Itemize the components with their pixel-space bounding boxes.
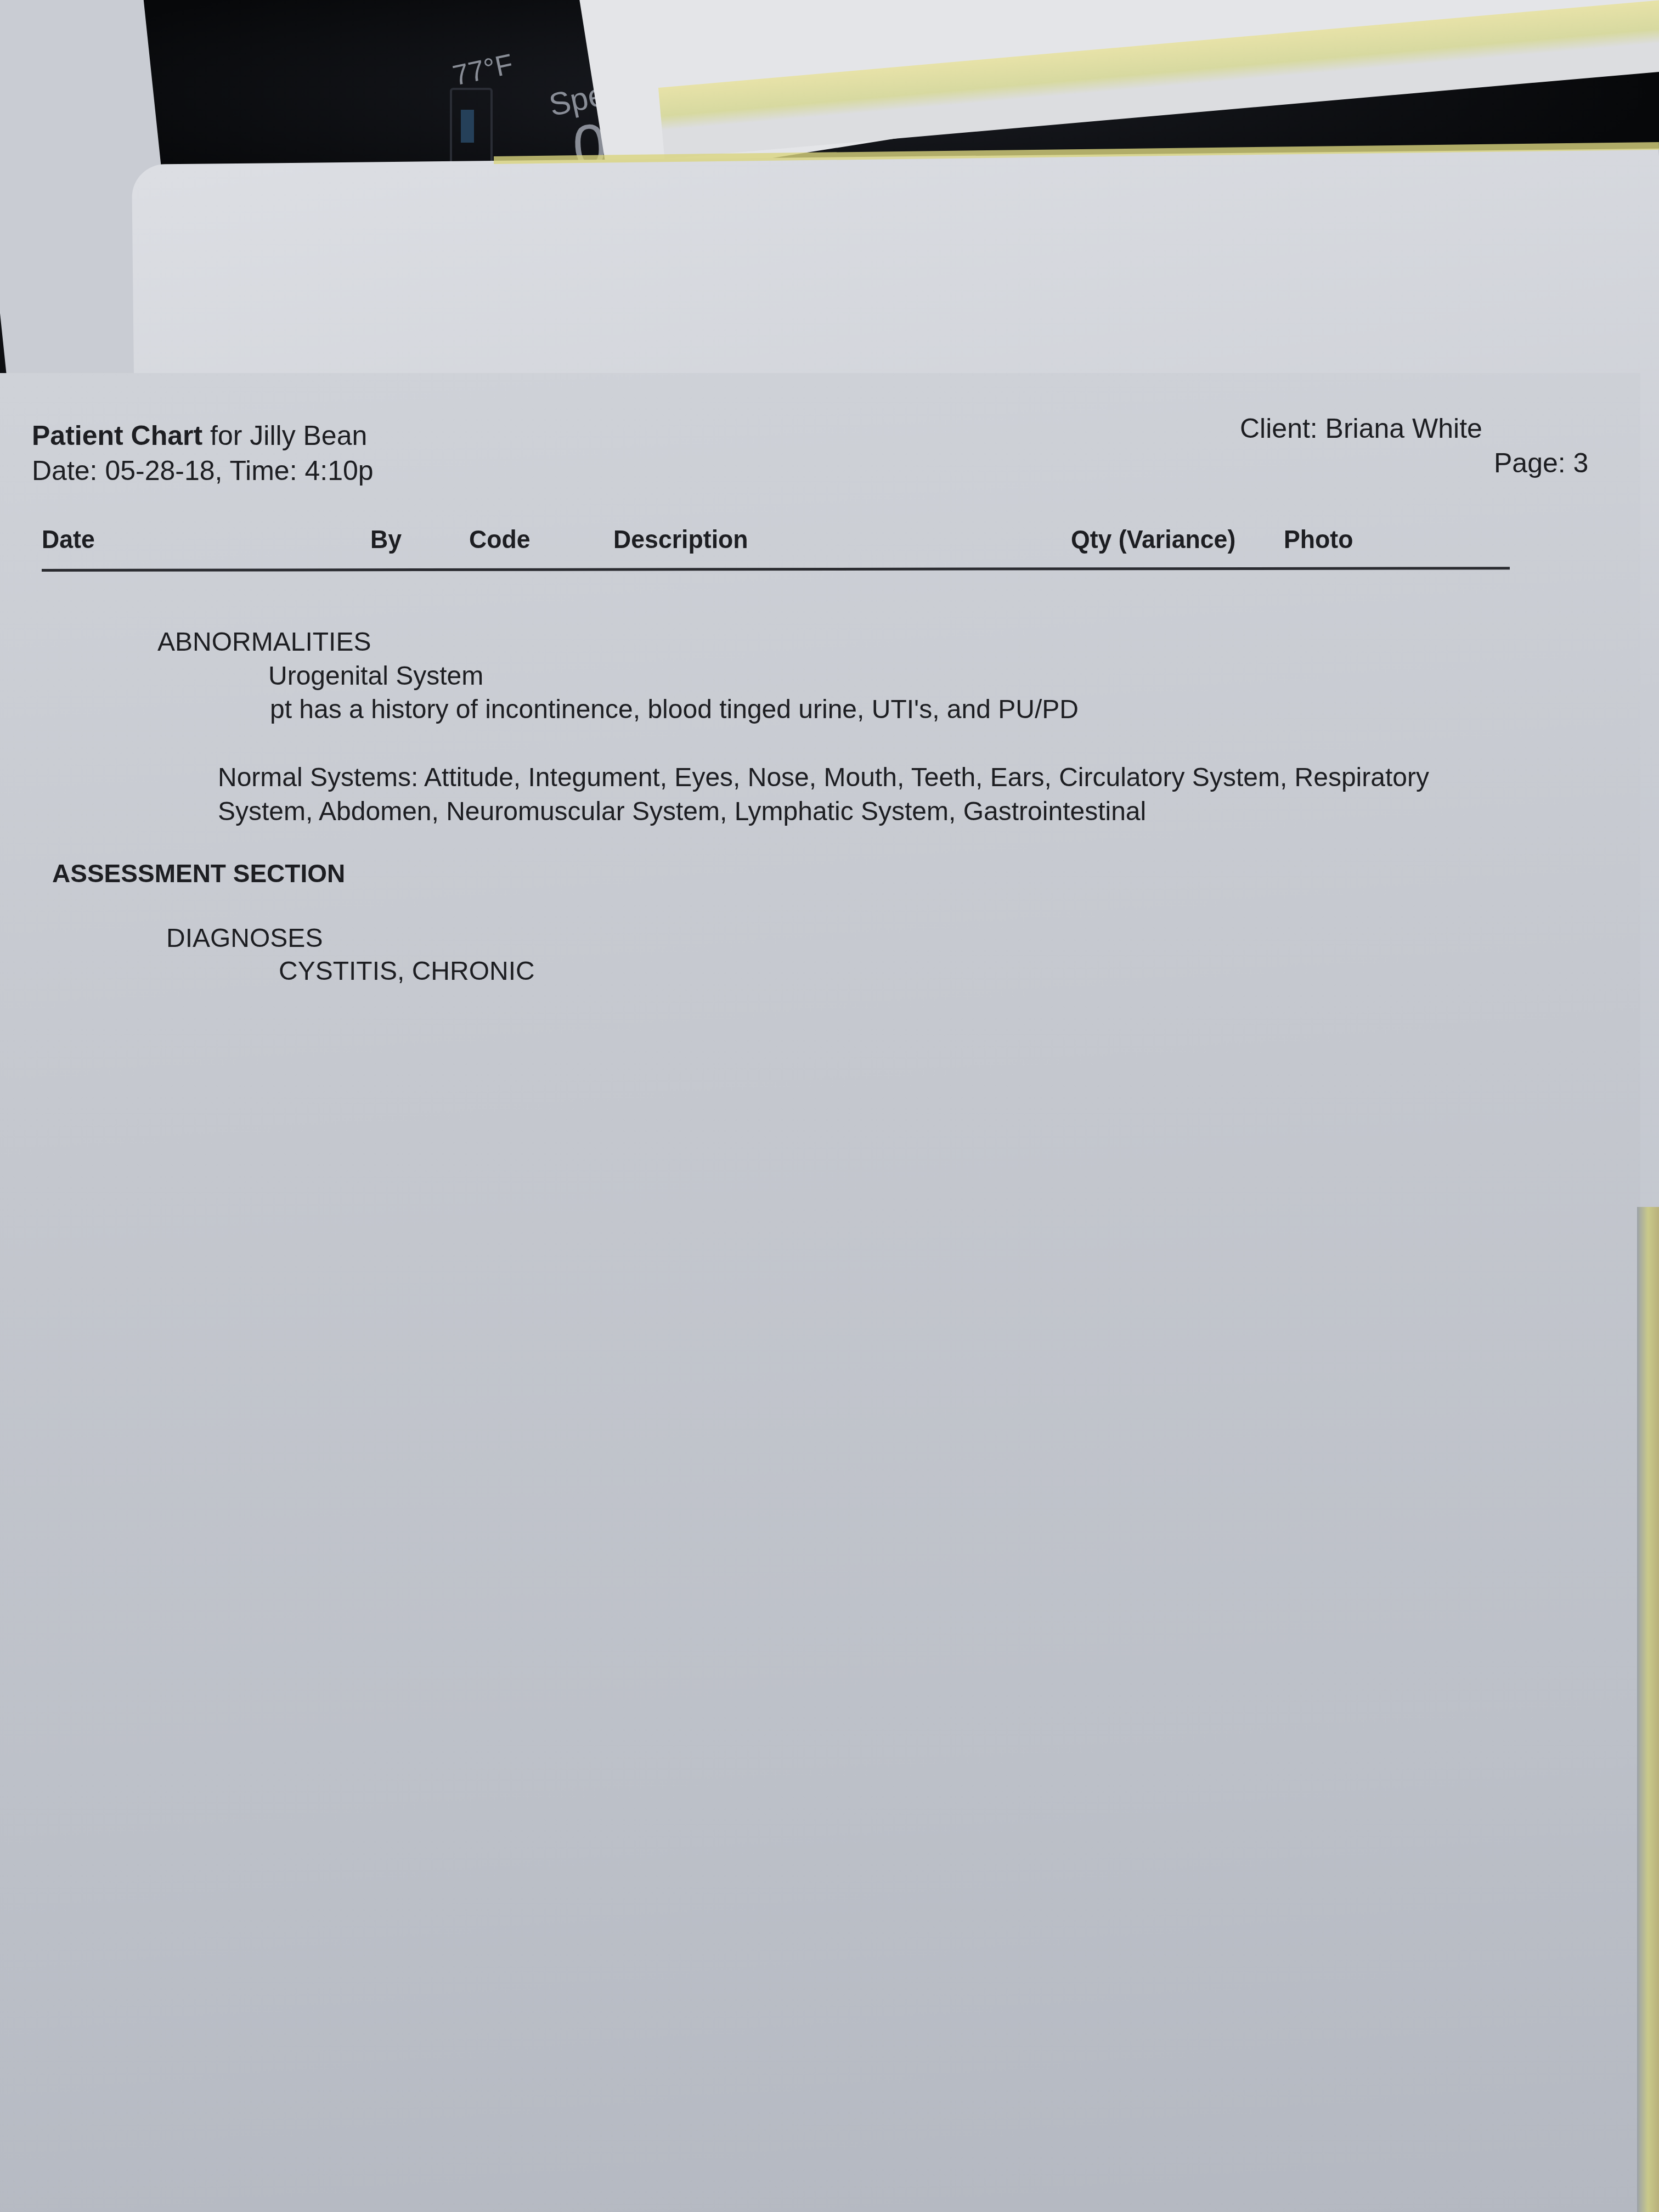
chart-header-left: Patient Chart for Jilly Bean Date: 05-28…: [32, 418, 374, 488]
patient-chart-document: Patient Chart for Jilly Bean Date: 05-28…: [0, 0, 1659, 2212]
column-header-photo: Photo: [1284, 524, 1353, 554]
client-name: Client: Briana White: [1240, 413, 1482, 444]
page-number: Page: 3: [1494, 447, 1588, 479]
abnormalities-heading: ABNORMALITIES: [157, 627, 371, 657]
abnormality-system: Urogenital System: [268, 661, 483, 691]
chart-title-bold: Patient Chart: [32, 420, 202, 451]
column-header-code: Code: [469, 524, 531, 554]
assessment-section-heading: ASSESSMENT SECTION: [52, 859, 345, 888]
column-header-description: Description: [613, 524, 748, 554]
column-header-date: Date: [42, 524, 95, 554]
diagnosis-item: CYSTITIS, CHRONIC: [279, 956, 535, 986]
chart-title: Patient Chart for Jilly Bean: [32, 418, 374, 453]
normal-systems: Normal Systems: Attitude, Integument, Ey…: [218, 761, 1523, 829]
column-header-by: By: [370, 524, 402, 554]
chart-title-patient: for Jilly Bean: [202, 420, 367, 451]
abnormality-note: pt has a history of incontinence, blood …: [270, 695, 1079, 725]
header-divider: [42, 567, 1510, 572]
diagnoses-heading: DIAGNOSES: [166, 923, 323, 953]
chart-date-time: Date: 05-28-18, Time: 4:10p: [32, 453, 374, 488]
column-header-qty-variance: Qty (Variance): [1071, 524, 1235, 554]
